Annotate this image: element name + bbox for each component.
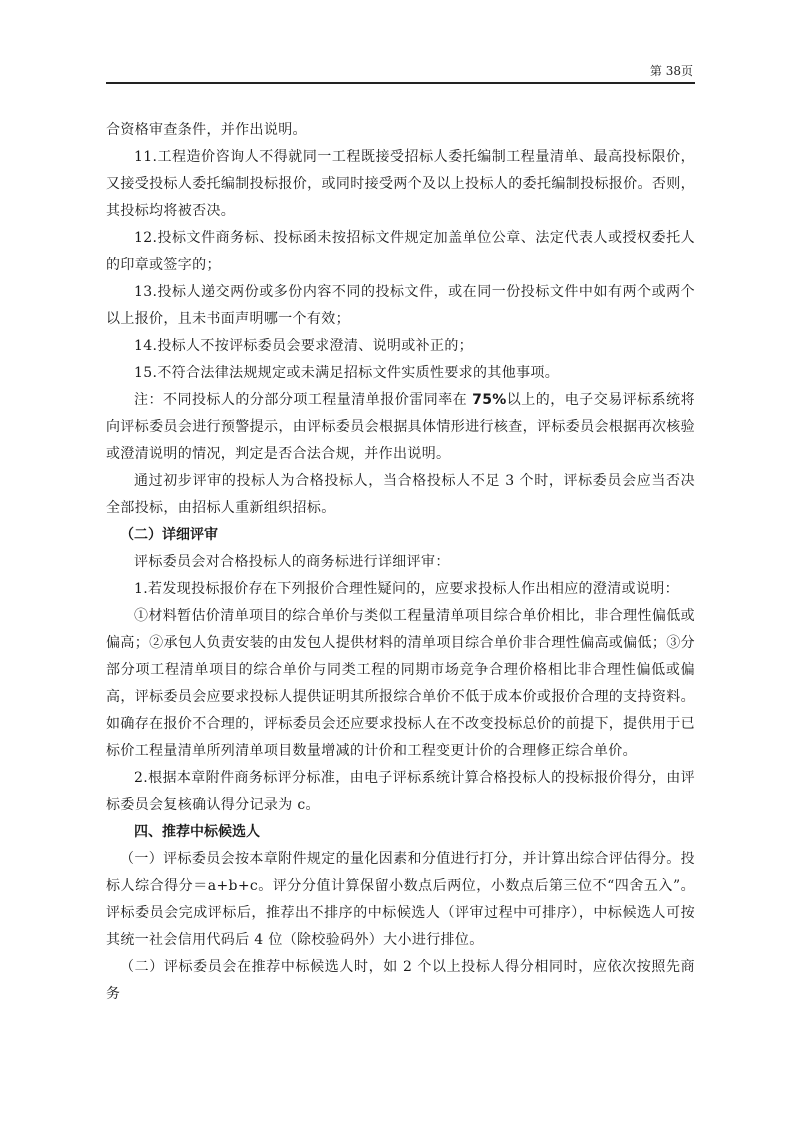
rejection-item-14: 14.投标人不按评标委员会要求澄清、说明或补正的； [106, 333, 695, 360]
rejection-item-11: 11.工程造价咨询人不得就同一工程既接受招标人委托编制工程量清单、最高投标限价，… [106, 144, 695, 225]
qualified-bidders-paragraph: 通过初步评审的投标人为合格投标人，当合格投标人不足 3 个时，评标委员会应当否决… [106, 468, 695, 522]
page-header: 第 38页 [106, 60, 695, 84]
detailed-review-item-1-detail: ①材料暂估价清单项目的综合单价与类似工程量清单项目综合单价相比，非合理性偏低或偏… [106, 603, 695, 765]
rejection-item-15: 15.不符合法律法规规定或未满足招标文件实质性要求的其他事项。 [106, 360, 695, 387]
section-heading-detailed-review: （二）详细评审 [106, 522, 695, 549]
rejection-item-13: 13.投标人递交两份或多份内容不同的投标文件，或在同一份投标文件中如有两个或两个… [106, 279, 695, 333]
recommend-paragraph-2: （二）评标委员会在推荐中标候选人时，如 2 个以上投标人得分相同时，应依次按照先… [106, 954, 695, 1008]
recommend-paragraph-1: （一）评标委员会按本章附件规定的量化因素和分值进行打分，并计算出综合评估得分。投… [106, 846, 695, 954]
document-body: 合资格审查条件，并作出说明。 11.工程造价咨询人不得就同一工程既接受招标人委托… [106, 117, 695, 1008]
note-paragraph: 注：不同投标人的分部分项工程量清单报价雷同率在 75%以上的，电子交易评标系统将… [106, 387, 695, 468]
paragraph-continuation: 合资格审查条件，并作出说明。 [106, 117, 695, 144]
note-text-before: 注：不同投标人的分部分项工程量清单报价雷同率在 [134, 392, 472, 408]
section-heading-recommend-candidates: 四、推荐中标候选人 [106, 819, 695, 846]
rejection-item-12: 12.投标文件商务标、投标函未按招标文件规定加盖单位公章、法定代表人或授权委托人… [106, 225, 695, 279]
detailed-review-intro: 评标委员会对合格投标人的商务标进行详细评审： [106, 549, 695, 576]
note-percentage: 75% [472, 392, 507, 408]
detailed-review-item-2: 2.根据本章附件商务标评分标准，由电子评标系统计算合格投标人的投标报价得分，由评… [106, 765, 695, 819]
detailed-review-item-1: 1.若发现投标报价存在下列报价合理性疑问的，应要求投标人作出相应的澄清或说明： [106, 576, 695, 603]
page-number: 第 38页 [650, 62, 693, 79]
